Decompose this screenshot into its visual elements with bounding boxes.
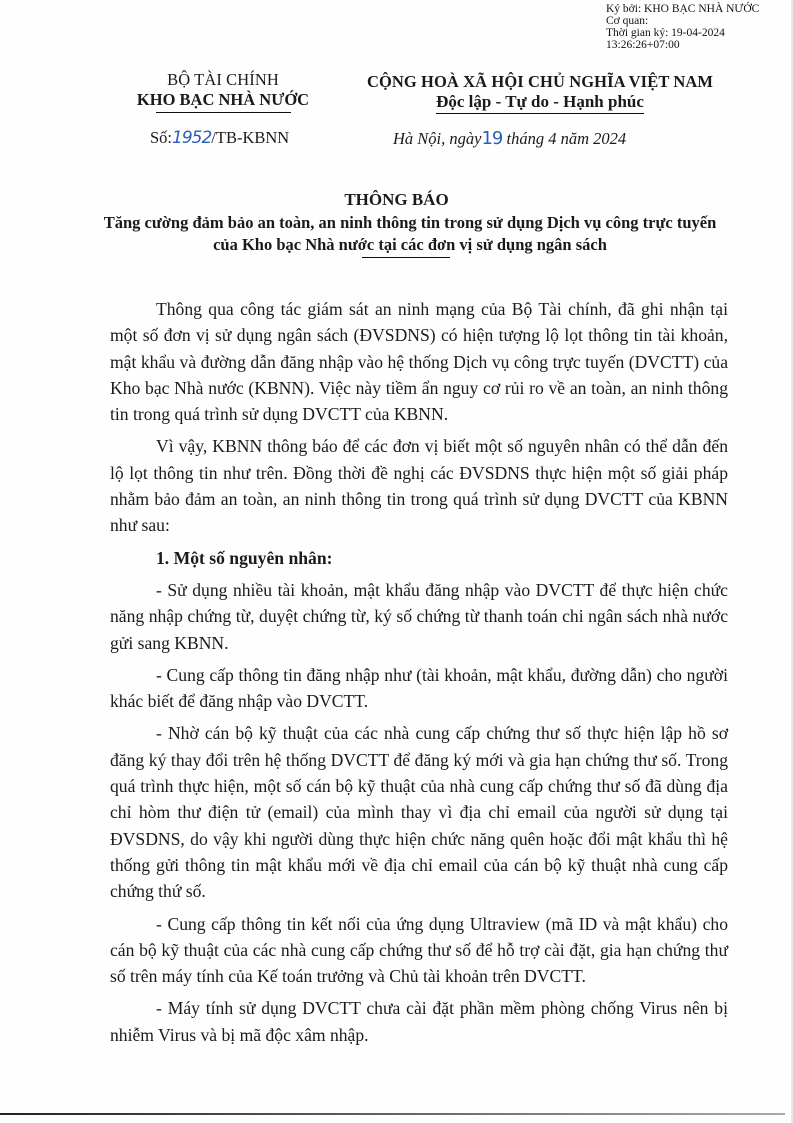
- agency-name: KHO BẠC NHÀ NƯỚC: [118, 90, 328, 110]
- document-body: Thông qua công tác giám sát an ninh mạng…: [110, 296, 728, 1054]
- issuing-authority-block: BỘ TÀI CHÍNH KHO BẠC NHÀ NƯỚC: [118, 70, 328, 113]
- digital-signature-block: Ký bởi: KHO BẠC NHÀ NƯỚC Cơ quan: Thời g…: [606, 3, 759, 51]
- ministry-name: BỘ TÀI CHÍNH: [118, 70, 328, 90]
- cause-item: - Sử dụng nhiều tài khoản, mật khẩu đăng…: [110, 577, 728, 656]
- intro-paragraph: Thông qua công tác giám sát an ninh mạng…: [110, 296, 728, 427]
- place-and-date: Hà Nội, ngày19 tháng 4 năm 2024: [393, 128, 626, 149]
- place-date-prefix: Hà Nội, ngày: [393, 129, 481, 148]
- signature-signed-by: Ký bởi: KHO BẠC NHÀ NƯỚC: [606, 3, 759, 15]
- purpose-paragraph: Vì vậy, KBNN thông báo để các đơn vị biế…: [110, 433, 728, 538]
- document-subtitle: Tăng cường đảm bảo an toàn, an ninh thôn…: [90, 212, 730, 256]
- document-number-handwritten: 1952: [172, 128, 211, 148]
- place-date-suffix: tháng 4 năm 2024: [502, 129, 626, 148]
- cause-item: - Cung cấp thông tin đăng nhập như (tài …: [110, 662, 728, 715]
- signature-time-value: 13:26:26+07:00: [606, 39, 759, 51]
- national-motto: Độc lập - Tự do - Hạnh phúc: [436, 92, 644, 114]
- document-title: THÔNG BÁO: [0, 189, 793, 211]
- document-page: Ký bởi: KHO BẠC NHÀ NƯỚC Cơ quan: Thời g…: [0, 0, 793, 1123]
- signature-time-label: Thời gian ký: 19-04-2024: [606, 27, 759, 39]
- day-handwritten: 19: [481, 128, 502, 149]
- document-number: Số:1952/TB-KBNN: [150, 128, 289, 148]
- cause-item: - Nhờ cán bộ kỹ thuật của các nhà cung c…: [110, 720, 728, 904]
- page-bottom-edge: [0, 1113, 785, 1115]
- cause-item: - Cung cấp thông tin kết nối của ứng dụn…: [110, 911, 728, 990]
- signature-agency: Cơ quan:: [606, 15, 759, 27]
- document-number-suffix: /TB-KBNN: [211, 128, 289, 147]
- agency-underline: [156, 112, 291, 113]
- title-underline: [362, 257, 450, 258]
- cause-item: - Máy tính sử dụng DVCTT chưa cài đặt ph…: [110, 995, 728, 1048]
- national-header-block: CỘNG HOÀ XÃ HỘI CHỦ NGHĨA VIỆT NAM Độc l…: [330, 72, 750, 114]
- section-1-heading: 1. Một số nguyên nhân:: [110, 545, 728, 571]
- nation-name: CỘNG HOÀ XÃ HỘI CHỦ NGHĨA VIỆT NAM: [330, 72, 750, 92]
- document-number-prefix: Số:: [150, 128, 172, 147]
